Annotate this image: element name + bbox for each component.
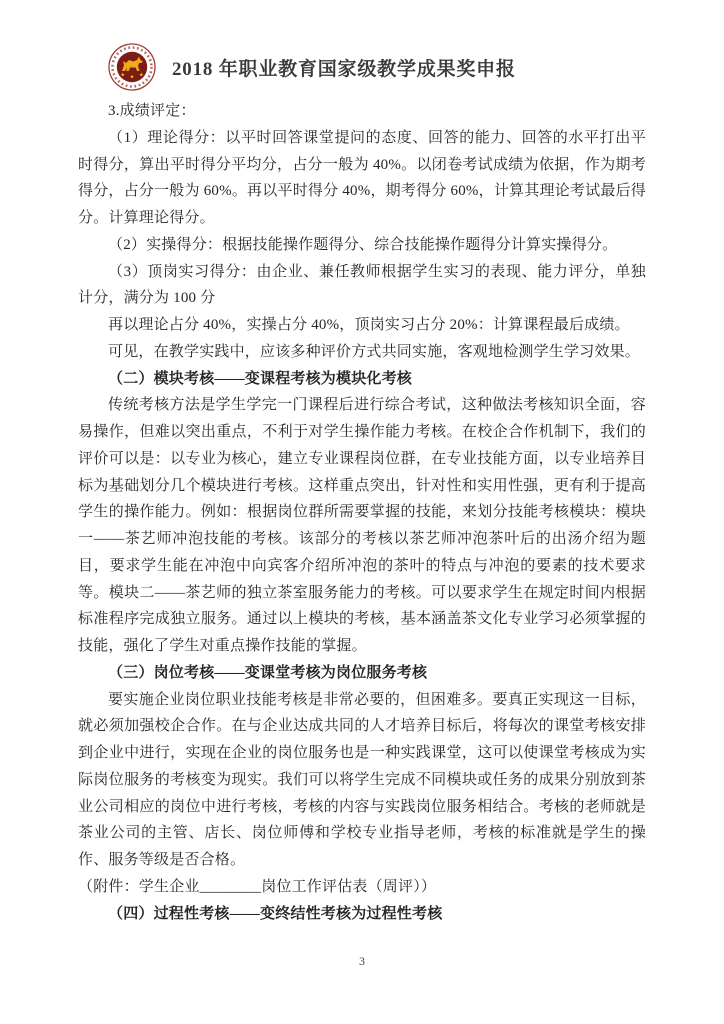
attachment-note: （附件：学生企业________岗位工作评估表（周评）） <box>78 874 646 901</box>
paragraph-module-assessment: 传统考核方法是学生学完一门课程后进行综合考试，这种做法考核知识全面，容易操作，但… <box>78 392 646 660</box>
document-body: 3.成绩评定： （1）理论得分：以平时回答课堂提问的态度、回答的能力、回答的水平… <box>78 98 646 927</box>
paragraph-final-grade-formula: 再以理论占分 40%，实操占分 40%，顶岗实习占分 20%：计算课程最后成绩。 <box>78 312 646 339</box>
paragraph-post-assessment: 要实施企业岗位职业技能考核是非常必要的，但困难多。要真正实现这一目标，就必须加强… <box>78 687 646 874</box>
section-heading-post-assessment: （三）岗位考核——变课堂考核为岗位服务考核 <box>78 660 646 687</box>
document-title: 2018 年职业教育国家级教学成果奖申报 <box>172 54 516 81</box>
paragraph-practical-score: （2）实操得分：根据技能操作题得分、综合技能操作题得分计算实操得分。 <box>78 232 646 259</box>
paragraph-score-evaluation-label: 3.成绩评定： <box>78 98 646 125</box>
section-heading-module-assessment: （二）模块考核——变课程考核为模块化考核 <box>78 366 646 393</box>
section-heading-process-assessment: （四）过程性考核——变终结性考核为过程性考核 <box>78 901 646 928</box>
page-number: 3 <box>0 954 724 969</box>
paragraph-theory-score: （1）理论得分：以平时回答课堂提问的态度、回答的能力、回答的水平打出平时得分，算… <box>78 125 646 232</box>
school-seal-icon <box>107 42 157 92</box>
document-page: 2018 年职业教育国家级教学成果奖申报 3.成绩评定： （1）理论得分：以平时… <box>0 0 724 1024</box>
paragraph-conclusion: 可见，在教学实践中，应该多种评价方式共同实施，客观地检测学生学习效果。 <box>78 339 646 366</box>
page-header: 2018 年职业教育国家级教学成果奖申报 <box>107 42 516 92</box>
paragraph-internship-score: （3）顶岗实习得分：由企业、兼任教师根据学生实习的表现、能力评分，单独计分，满分… <box>78 259 646 313</box>
